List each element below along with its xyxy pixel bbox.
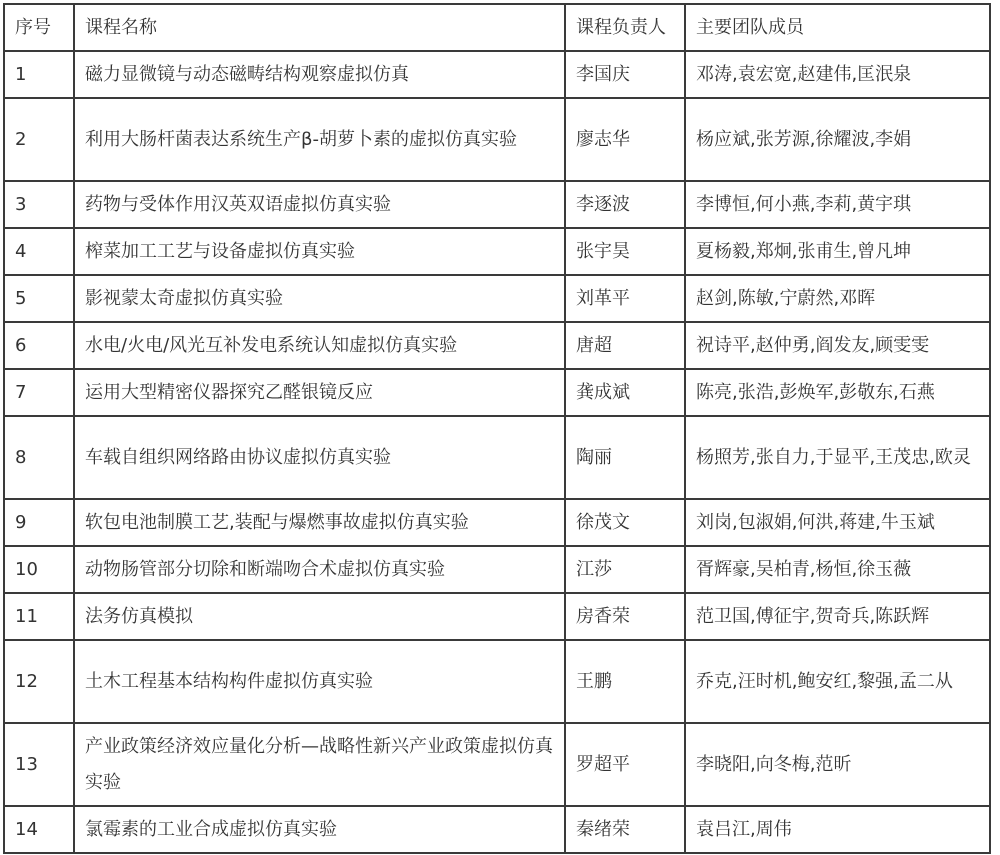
cell-lead: 唐超 — [565, 322, 685, 369]
table-row: 9 软包电池制膜工艺,装配与爆燃事故虚拟仿真实验 徐茂文 刘岗,包淑娟,何洪,蒋… — [4, 499, 990, 546]
header-team: 主要团队成员 — [685, 4, 990, 51]
cell-course-name: 产业政策经济效应量化分析—战略性新兴产业政策虚拟仿真实验 — [74, 723, 565, 806]
cell-course-name: 磁力显微镜与动态磁畴结构观察虚拟仿真 — [74, 51, 565, 98]
cell-team: 邓涛,袁宏宽,赵建伟,匡泯泉 — [685, 51, 990, 98]
cell-course-name: 土木工程基本结构构件虚拟仿真实验 — [74, 640, 565, 723]
cell-course-name: 车载自组织网络路由协议虚拟仿真实验 — [74, 416, 565, 499]
cell-index: 11 — [4, 593, 74, 640]
cell-lead: 徐茂文 — [565, 499, 685, 546]
cell-team: 杨应斌,张芳源,徐耀波,李娟 — [685, 98, 990, 181]
cell-index: 14 — [4, 806, 74, 853]
cell-team: 陈亮,张浩,彭焕军,彭敬东,石燕 — [685, 369, 990, 416]
table-row: 7 运用大型精密仪器探究乙醛银镜反应 龚成斌 陈亮,张浩,彭焕军,彭敬东,石燕 — [4, 369, 990, 416]
cell-course-name: 法务仿真模拟 — [74, 593, 565, 640]
table-row: 12 土木工程基本结构构件虚拟仿真实验 王鹏 乔克,汪时机,鲍安红,黎强,孟二从 — [4, 640, 990, 723]
cell-index: 1 — [4, 51, 74, 98]
cell-course-name: 氯霉素的工业合成虚拟仿真实验 — [74, 806, 565, 853]
cell-team: 胥辉豪,吴柏青,杨恒,徐玉薇 — [685, 546, 990, 593]
header-index: 序号 — [4, 4, 74, 51]
cell-team: 袁吕江,周伟 — [685, 806, 990, 853]
cell-index: 9 — [4, 499, 74, 546]
cell-team: 祝诗平,赵仲勇,阎发友,顾雯雯 — [685, 322, 990, 369]
table-row: 4 榨菜加工工艺与设备虚拟仿真实验 张宇昊 夏杨毅,郑炯,张甫生,曾凡坤 — [4, 228, 990, 275]
cell-lead: 廖志华 — [565, 98, 685, 181]
cell-lead: 张宇昊 — [565, 228, 685, 275]
table-row: 1 磁力显微镜与动态磁畴结构观察虚拟仿真 李国庆 邓涛,袁宏宽,赵建伟,匡泯泉 — [4, 51, 990, 98]
cell-index: 5 — [4, 275, 74, 322]
table-row: 3 药物与受体作用汉英双语虚拟仿真实验 李逐波 李博恒,何小燕,李莉,黄宇琪 — [4, 181, 990, 228]
cell-lead: 房香荣 — [565, 593, 685, 640]
cell-course-name: 动物肠管部分切除和断端吻合术虚拟仿真实验 — [74, 546, 565, 593]
cell-team: 乔克,汪时机,鲍安红,黎强,孟二从 — [685, 640, 990, 723]
cell-course-name: 利用大肠杆菌表达系统生产β-胡萝卜素的虚拟仿真实验 — [74, 98, 565, 181]
cell-lead: 江莎 — [565, 546, 685, 593]
cell-index: 3 — [4, 181, 74, 228]
cell-index: 4 — [4, 228, 74, 275]
header-course-name: 课程名称 — [74, 4, 565, 51]
table-row: 8 车载自组织网络路由协议虚拟仿真实验 陶丽 杨照芳,张自力,于显平,王茂忠,欧… — [4, 416, 990, 499]
table-row: 11 法务仿真模拟 房香荣 范卫国,傅征宇,贺奇兵,陈跃辉 — [4, 593, 990, 640]
cell-team: 杨照芳,张自力,于显平,王茂忠,欧灵 — [685, 416, 990, 499]
table-row: 10 动物肠管部分切除和断端吻合术虚拟仿真实验 江莎 胥辉豪,吴柏青,杨恒,徐玉… — [4, 546, 990, 593]
cell-course-name: 影视蒙太奇虚拟仿真实验 — [74, 275, 565, 322]
cell-lead: 李国庆 — [565, 51, 685, 98]
course-table: 序号 课程名称 课程负责人 主要团队成员 1 磁力显微镜与动态磁畴结构观察虚拟仿… — [3, 3, 991, 854]
cell-lead: 龚成斌 — [565, 369, 685, 416]
cell-index: 10 — [4, 546, 74, 593]
cell-course-name: 软包电池制膜工艺,装配与爆燃事故虚拟仿真实验 — [74, 499, 565, 546]
cell-course-name: 运用大型精密仪器探究乙醛银镜反应 — [74, 369, 565, 416]
header-lead: 课程负责人 — [565, 4, 685, 51]
cell-index: 13 — [4, 723, 74, 806]
table-header-row: 序号 课程名称 课程负责人 主要团队成员 — [4, 4, 990, 51]
cell-team: 刘岗,包淑娟,何洪,蒋建,牛玉斌 — [685, 499, 990, 546]
cell-lead: 王鹏 — [565, 640, 685, 723]
cell-team: 范卫国,傅征宇,贺奇兵,陈跃辉 — [685, 593, 990, 640]
table-row: 13 产业政策经济效应量化分析—战略性新兴产业政策虚拟仿真实验 罗超平 李晓阳,… — [4, 723, 990, 806]
cell-course-name: 药物与受体作用汉英双语虚拟仿真实验 — [74, 181, 565, 228]
cell-index: 8 — [4, 416, 74, 499]
cell-team: 李晓阳,向冬梅,范昕 — [685, 723, 990, 806]
cell-index: 6 — [4, 322, 74, 369]
table-row: 2 利用大肠杆菌表达系统生产β-胡萝卜素的虚拟仿真实验 廖志华 杨应斌,张芳源,… — [4, 98, 990, 181]
cell-index: 2 — [4, 98, 74, 181]
cell-team: 李博恒,何小燕,李莉,黄宇琪 — [685, 181, 990, 228]
cell-course-name: 水电/火电/风光互补发电系统认知虚拟仿真实验 — [74, 322, 565, 369]
cell-lead: 秦绪荣 — [565, 806, 685, 853]
cell-index: 7 — [4, 369, 74, 416]
cell-lead: 李逐波 — [565, 181, 685, 228]
table-row: 14 氯霉素的工业合成虚拟仿真实验 秦绪荣 袁吕江,周伟 — [4, 806, 990, 853]
cell-lead: 陶丽 — [565, 416, 685, 499]
cell-team: 赵剑,陈敏,宁蔚然,邓晖 — [685, 275, 990, 322]
cell-team: 夏杨毅,郑炯,张甫生,曾凡坤 — [685, 228, 990, 275]
table-row: 5 影视蒙太奇虚拟仿真实验 刘革平 赵剑,陈敏,宁蔚然,邓晖 — [4, 275, 990, 322]
table-row: 6 水电/火电/风光互补发电系统认知虚拟仿真实验 唐超 祝诗平,赵仲勇,阎发友,… — [4, 322, 990, 369]
cell-lead: 罗超平 — [565, 723, 685, 806]
cell-lead: 刘革平 — [565, 275, 685, 322]
cell-course-name: 榨菜加工工艺与设备虚拟仿真实验 — [74, 228, 565, 275]
cell-index: 12 — [4, 640, 74, 723]
